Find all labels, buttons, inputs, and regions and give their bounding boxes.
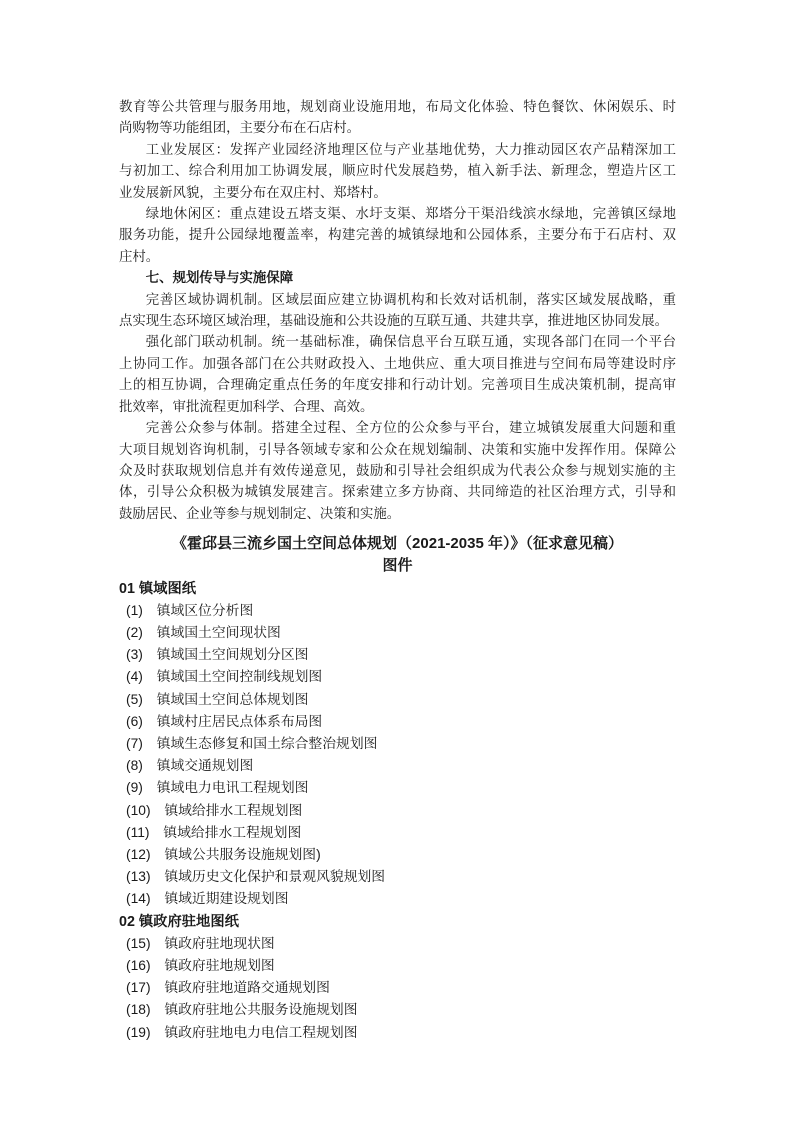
para-green-leisure-zone-line-3: 庄村。 xyxy=(119,246,676,267)
figure-list-item: (12) 镇域公共服务设施规划图) xyxy=(119,844,676,866)
para-regional-coordination-line-2: 点实现生态环境区域治理，基础设施和公共设施的互联互通、共建共享，推进地区协同发展… xyxy=(119,310,676,331)
document-title: 《霍邱县三流乡国土空间总体规划（2021-2035 年）》（征求意见稿） xyxy=(119,533,676,555)
para-department-linkage-line-1: 强化部门联动机制。统一基础标准，确保信息平台互联互通，实现各部门在同一个平台 xyxy=(119,331,676,352)
para-department-linkage-line-3: 上的相互协调，合理确定重点任务的年度安排和行动计划。完善项目生成决策机制，提高审 xyxy=(119,374,676,395)
body-paragraphs: 教育等公共管理与服务用地，规划商业设施用地，布局文化体验、特色餐饮、休闲娱乐、时… xyxy=(119,96,676,524)
figure-list-item: (16) 镇政府驻地规划图 xyxy=(119,955,676,977)
para-green-leisure-zone-line-2: 服务功能，提升公园绿地覆盖率，构建完善的城镇绿地和公园体系，主要分布于石店村、双 xyxy=(119,224,676,245)
figure-list-item: (5) 镇域国土空间总体规划图 xyxy=(119,689,676,711)
figure-list-item: (13) 镇域历史文化保护和景观风貌规划图 xyxy=(119,866,676,888)
figure-list-item: (7) 镇域生态修复和国土综合整治规划图 xyxy=(119,733,676,755)
figure-list-item: (3) 镇域国土空间规划分区图 xyxy=(119,644,676,666)
para-department-linkage-line-4: 批效率，审批流程更加科学、合理、高效。 xyxy=(119,396,676,417)
document-page: 教育等公共管理与服务用地，规划商业设施用地，布局文化体验、特色餐饮、休闲娱乐、时… xyxy=(0,0,793,1122)
figure-section-heading-1: 01 镇域图纸 xyxy=(119,578,676,600)
figure-section-heading-2: 02 镇政府驻地图纸 xyxy=(119,911,676,933)
figure-list-item: (8) 镇域交通规划图 xyxy=(119,755,676,777)
figure-sections: 01 镇域图纸(1) 镇域区位分析图(2) 镇域国土空间现状图(3) 镇域国土空… xyxy=(119,578,676,1044)
figure-list-item: (17) 镇政府驻地道路交通规划图 xyxy=(119,977,676,999)
para-continuation-line-1: 教育等公共管理与服务用地，规划商业设施用地，布局文化体验、特色餐饮、休闲娱乐、时 xyxy=(119,96,676,117)
figure-list-item: (11) 镇域给排水工程规划图 xyxy=(119,822,676,844)
para-regional-coordination-line-1: 完善区域协调机制。区域层面应建立协调机构和长效对话机制，落实区域发展战略，重 xyxy=(119,289,676,310)
para-public-participation-line-3: 众及时获取规划信息并有效传递意见，鼓励和引导社会组织成为代表公众参与规划实施的主 xyxy=(119,460,676,481)
figure-list-item: (4) 镇域国土空间控制线规划图 xyxy=(119,666,676,688)
figure-list-item: (6) 镇域村庄居民点体系布局图 xyxy=(119,711,676,733)
para-department-linkage-line-2: 上协同工作。加强各部门在公共财政投入、土地供应、重大项目推进与空间布局等建设时序 xyxy=(119,353,676,374)
para-public-participation-line-5: 鼓励居民、企业等参与规划制定、决策和实施。 xyxy=(119,503,676,524)
page-content: 教育等公共管理与服务用地，规划商业设施用地，布局文化体验、特色餐饮、休闲娱乐、时… xyxy=(119,96,676,1044)
title-block: 《霍邱县三流乡国土空间总体规划（2021-2035 年）》（征求意见稿） 图件 xyxy=(119,533,676,577)
figure-list-item: (10) 镇域给排水工程规划图 xyxy=(119,800,676,822)
figure-list-item: (18) 镇政府驻地公共服务设施规划图 xyxy=(119,999,676,1021)
para-industrial-zone-line-2: 与初加工、综合利用加工协调发展，顺应时代发展趋势，植入新手法、新理念，塑造片区工 xyxy=(119,160,676,181)
para-public-participation-line-4: 体，引导公众积极为城镇发展建言。探索建立多方协商、共同缔造的社区治理方式，引导和 xyxy=(119,481,676,502)
figure-list-item: (1) 镇域区位分析图 xyxy=(119,600,676,622)
figure-list-item: (9) 镇域电力电讯工程规划图 xyxy=(119,777,676,799)
figure-list-item: (19) 镇政府驻地电力电信工程规划图 xyxy=(119,1022,676,1044)
figure-list-item: (2) 镇域国土空间现状图 xyxy=(119,622,676,644)
para-public-participation-line-1: 完善公众参与体制。搭建全过程、全方位的公众参与平台，建立城镇发展重大问题和重 xyxy=(119,417,676,438)
figures-subtitle: 图件 xyxy=(119,555,676,577)
heading-section-seven-line-1: 七、规划传导与实施保障 xyxy=(119,267,676,288)
para-public-participation-line-2: 大项目规划咨询机制，引导各领域专家和公众在规划编制、决策和实施中发挥作用。保障公 xyxy=(119,439,676,460)
para-industrial-zone-line-1: 工业发展区：发挥产业园经济地理区位与产业基地优势，大力推动园区农产品精深加工 xyxy=(119,139,676,160)
figure-list-item: (14) 镇域近期建设规划图 xyxy=(119,888,676,910)
figure-list-item: (15) 镇政府驻地现状图 xyxy=(119,933,676,955)
para-continuation-line-2: 尚购物等功能组团，主要分布在石店村。 xyxy=(119,117,676,138)
para-green-leisure-zone-line-1: 绿地休闲区：重点建设五塔支渠、水圩支渠、郑塔分干渠沿线滨水绿地，完善镇区绿地 xyxy=(119,203,676,224)
para-industrial-zone-line-3: 业发展新风貌，主要分布在双庄村、郑塔村。 xyxy=(119,182,676,203)
